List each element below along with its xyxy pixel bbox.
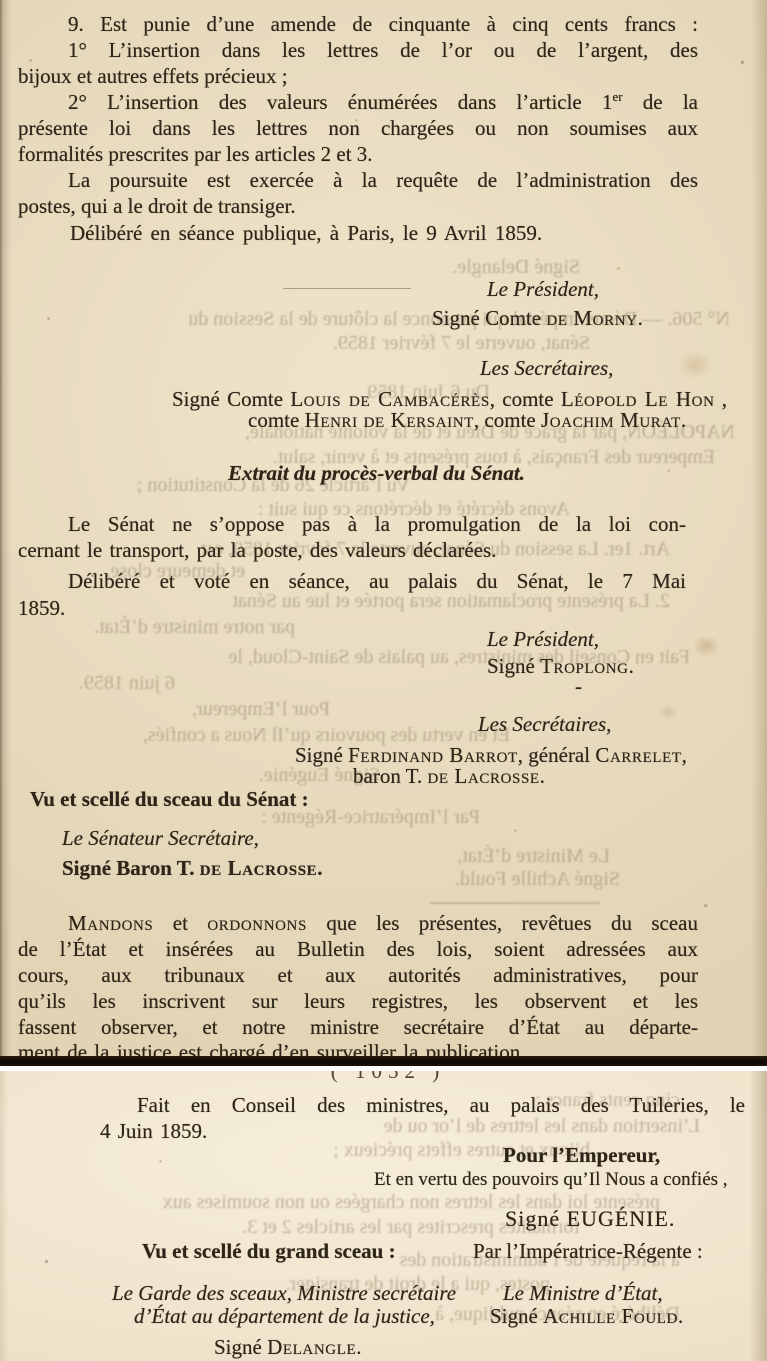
- paper-specks: [0, 0, 1, 1]
- text-line: Extrait du procès-verbal du Sénat.: [228, 461, 525, 486]
- text-line: 9. Est punie d’une amende de cinquante à…: [68, 12, 698, 37]
- text-line: Vu et scellé du grand sceau :: [142, 1239, 396, 1264]
- text-line: Signé Troplong.: [487, 654, 634, 679]
- bleed-through-line: Pour l’Empereur,: [70, 698, 330, 722]
- text-line: Le Sénateur Secrétaire,: [62, 826, 259, 851]
- text-line: fassent observer, et notre ministre secr…: [18, 1015, 698, 1040]
- page-edge-shadow: [0, 1056, 767, 1066]
- paper-specks: [0, 1071, 1, 1072]
- text-line: Par l’Impératrice-Régente :: [473, 1239, 703, 1264]
- text-line: Le Sénat ne s’oppose pas à la promulgati…: [68, 512, 686, 537]
- text-line: Le Président,: [487, 277, 599, 302]
- text-line: Et en vertu des pouvoirs qu’Il Nous a co…: [374, 1169, 728, 1191]
- faint-rule: [283, 288, 411, 289]
- text-line: La poursuite est exercée à la requête de…: [68, 168, 698, 193]
- text-line: Signé Achille Fould.: [490, 1304, 683, 1329]
- text-line: Les Secrétaires,: [480, 356, 613, 381]
- bleed-through-line: Signé Achille Fould.: [320, 868, 620, 892]
- bleed-through-rule: [430, 902, 600, 904]
- text-line: Délibéré et voté en séance, au palais du…: [68, 569, 686, 594]
- bleed-through-line: formalités prescrites par les articles 2…: [60, 1216, 580, 1240]
- text-line: Signé Comte de Morny.: [432, 306, 643, 331]
- text-line: cernant le transport, par la poste, des …: [18, 538, 496, 563]
- text-line: d’État au département de la justice,: [134, 1304, 435, 1329]
- text-line: 1859.: [18, 596, 65, 621]
- text-line: 4 Juin 1859.: [100, 1119, 207, 1144]
- text-line: cours, aux tribunaux et aux autorités ad…: [18, 963, 698, 988]
- text-line: formalités prescrites par les articles 2…: [18, 142, 373, 167]
- text-line: de l’État et insérées au Bulletin des lo…: [18, 937, 698, 962]
- text-line: postes, qui a le droit de transiger.: [18, 194, 296, 219]
- text-line: bijoux et autres effets précieux ;: [18, 64, 288, 89]
- text-line: Signé Delangle.: [214, 1335, 361, 1360]
- bleed-through-line: Le Ministre d’État,: [330, 845, 610, 869]
- text-line: -: [575, 674, 582, 699]
- bleed-through-line: 6 juin 1859.: [15, 672, 175, 696]
- text-line: Délibéré en séance publique, à Paris, le…: [70, 221, 542, 246]
- text-line: Signé EUGÉNIE.: [505, 1206, 675, 1232]
- page-number-text: ( 1052 ): [298, 1071, 478, 1083]
- text-line: ment de la justice est chargé d’en surve…: [18, 1040, 525, 1056]
- text-line: baron T. de Lacrosse.: [353, 764, 545, 789]
- text-line: 1° L’insertion dans les lettres de l’or …: [68, 38, 698, 63]
- text-line: Fait en Conseil des ministres, au palais…: [137, 1093, 745, 1118]
- text-line: Pour l’Empereur,: [503, 1143, 660, 1168]
- text-line: Mandons et ordonnons que les présentes, …: [68, 911, 698, 936]
- page-1-scan: Signé Delangle.N° 506. — Décret impérial…: [0, 0, 767, 1056]
- text-line: qu’ils les inscrivent sur leurs registre…: [18, 989, 698, 1014]
- text-line: présente loi dans les lettres non chargé…: [18, 116, 698, 141]
- text-line: Vu et scellé du sceau du Sénat :: [30, 787, 309, 812]
- text-line: Les Secrétaires,: [478, 712, 611, 737]
- text-line: Le Ministre d’État,: [503, 1281, 663, 1306]
- text-line: Signé Baron T. de Lacrosse.: [62, 856, 323, 881]
- text-line: comte Henri de Kersaint, comte Joachim M…: [248, 408, 686, 433]
- page-2-scan: ( 1052 ) cinq cents francs :L’insertion …: [0, 1071, 767, 1361]
- text-line: Le Garde des sceaux, Ministre secrétaire: [112, 1281, 456, 1306]
- text-line: 2° L’insertion des valeurs énumérées dan…: [68, 90, 698, 115]
- bleed-through-line: L’insertion dans les lettres de l’or ou …: [230, 1115, 700, 1139]
- page-number-remnant: ( 1052 ): [298, 1071, 478, 1083]
- document-scan: Signé Delangle.N° 506. — Décret impérial…: [0, 0, 767, 1361]
- text-line: Le Président,: [487, 627, 599, 652]
- bleed-through-line: Sénat, ouverte le 7 février 1859.: [150, 332, 590, 356]
